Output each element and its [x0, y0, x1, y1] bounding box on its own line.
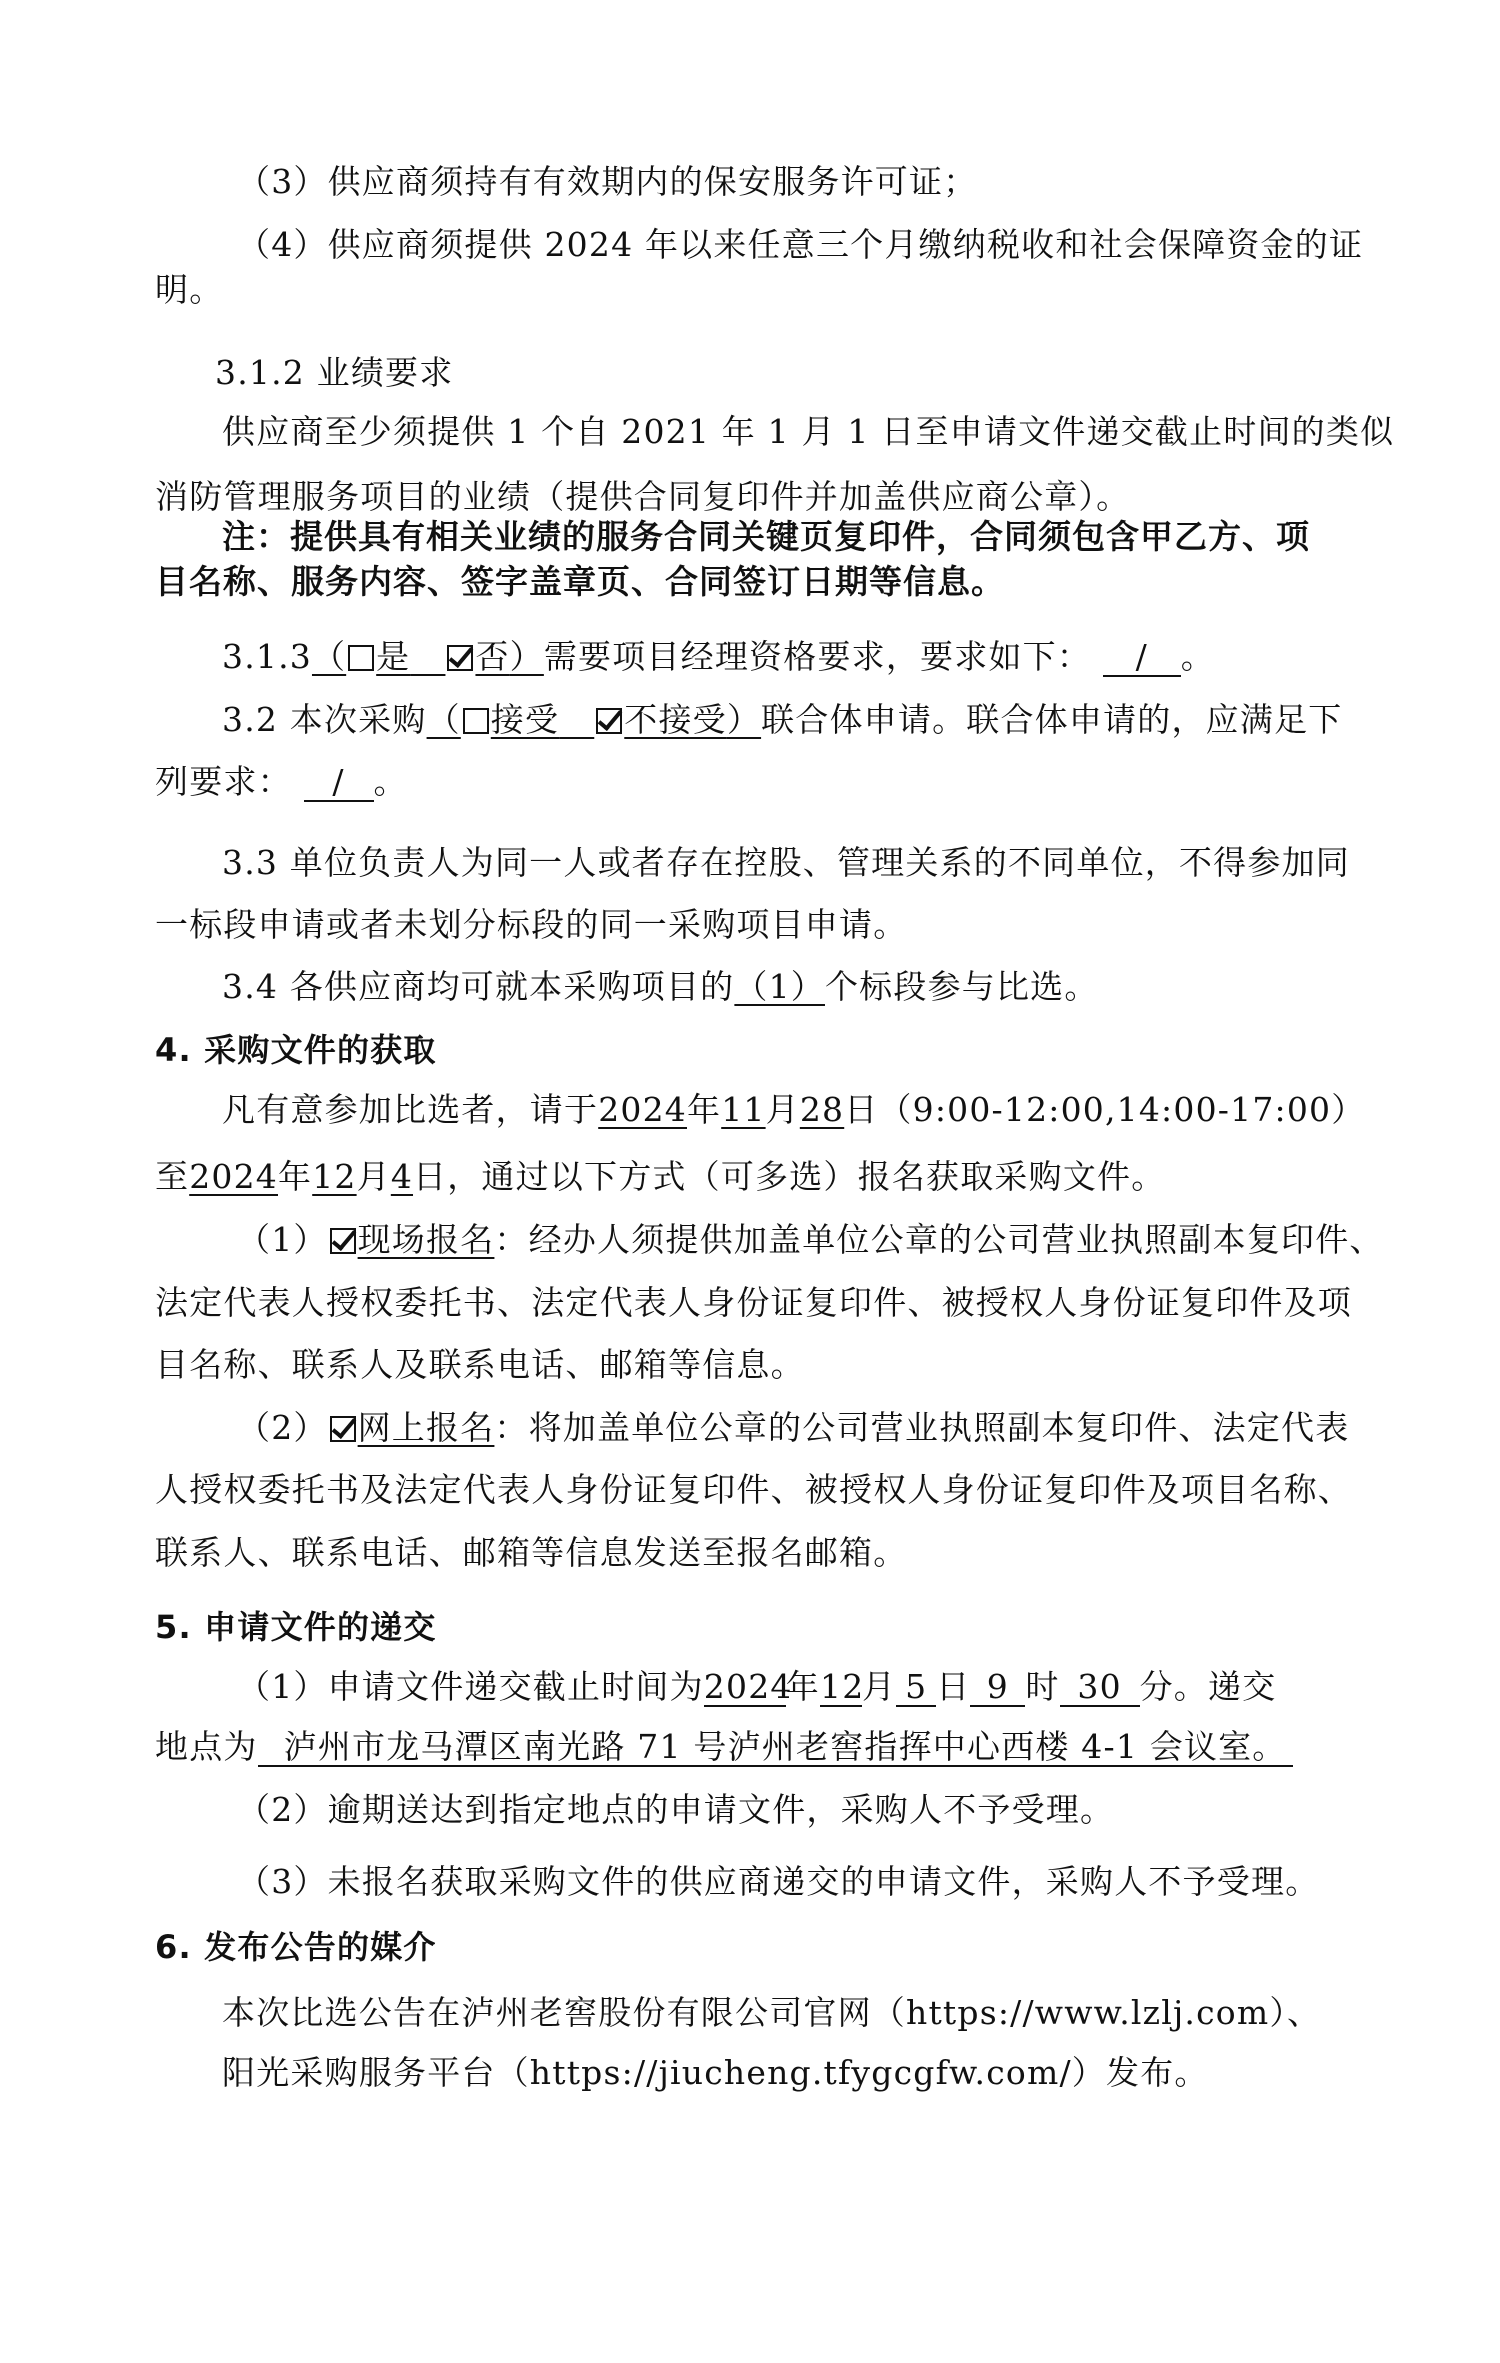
project-manager-options: （是 否）: [312, 637, 544, 676]
year-label: 年: [786, 1667, 820, 1706]
requirement-label: 列要求：: [155, 762, 292, 801]
open-paren: （: [427, 700, 461, 739]
requirement-blank: /: [1103, 639, 1181, 677]
online-registration-option[interactable]: 网上报名: [328, 1408, 495, 1447]
start-day: 28: [800, 1090, 844, 1129]
checkbox-online-checked[interactable]: [330, 1416, 356, 1442]
checkbox-reject-checked[interactable]: [596, 708, 622, 734]
option-number: （2）: [237, 1408, 328, 1447]
deadline-prefix: （1）申请文件递交截止时间为: [237, 1667, 704, 1706]
office-hours: （9:00-12:00,14:00-17:00）: [878, 1090, 1365, 1129]
section-3-1-3: 3.1.3（是 否）需要项目经理资格要求，要求如下： /。: [222, 637, 1417, 677]
intro-prefix: 凡有意参加比选者，请于: [222, 1090, 598, 1129]
onsite-registration-option[interactable]: 现场报名: [328, 1220, 495, 1259]
qualification-item-3: （3）供应商须持有有效期内的保安服务许可证；: [237, 162, 1432, 202]
lot-count: （1）: [734, 967, 825, 1006]
intro-suffix: ，通过以下方式（可多选）报名获取采购文件。: [447, 1157, 1165, 1196]
open-paren: （: [312, 637, 346, 676]
checkbox-yes[interactable]: [348, 645, 374, 671]
location-line: 地点为泸州市龙马潭区南光路 71 号泸州老窖指挥中心西楼 4-1 会议室。: [155, 1727, 1350, 1767]
end-day: 4: [391, 1157, 413, 1196]
deadline-month: 12: [820, 1669, 862, 1707]
section-3-1-3-text: 需要项目经理资格要求，要求如下：: [544, 637, 1091, 676]
year-label: 年: [687, 1090, 721, 1129]
online-registration-line2: 人授权委托书及法定代表人身份证复印件、被授权人身份证复印件及项目名称、: [155, 1470, 1350, 1510]
deadline-line: （1）申请文件递交截止时间为2024年12月5日9时30分。递交: [237, 1667, 1432, 1707]
qualification-item-4-line1: （4）供应商须提供 2024 年以来任意三个月缴纳税收和社会保障资金的证: [237, 225, 1432, 265]
deadline-minute: 30: [1060, 1669, 1140, 1707]
option-yes-label: 是: [376, 637, 410, 676]
section-3-2-prefix: 3.2 本次采购: [222, 700, 427, 739]
online-registration-label: 网上报名: [358, 1408, 495, 1447]
end-year: 2024: [189, 1157, 278, 1196]
onsite-text: 经办人须提供加盖单位公章的公司营业执照副本复印件、: [529, 1220, 1384, 1259]
end-month: 12: [312, 1157, 356, 1196]
day-label: 日: [413, 1157, 447, 1196]
consortium-options: （接受 不接受）: [427, 700, 762, 739]
option-accept-label: 接受: [491, 700, 559, 739]
section-3-4-prefix: 3.4 各供应商均可就本采购项目的: [222, 967, 734, 1006]
performance-note-line1: 注：提供具有相关业绩的服务合同关键页复印件，合同须包含甲乙方、项: [222, 517, 1417, 557]
period: 。: [1181, 637, 1215, 676]
colon: ：: [494, 1220, 528, 1259]
onsite-registration-line1: （1）现场报名：经办人须提供加盖单位公章的公司营业执照副本复印件、: [237, 1220, 1432, 1260]
start-month: 11: [721, 1090, 765, 1129]
checkbox-accept[interactable]: [463, 708, 489, 734]
month-label: 月: [766, 1090, 800, 1129]
onsite-registration-line2: 法定代表人授权委托书、法定代表人身份证复印件、被授权人身份证复印件及项: [155, 1283, 1350, 1323]
close-paren: ）: [510, 637, 544, 676]
start-year: 2024: [598, 1090, 687, 1129]
section-3-1-3-prefix: 3.1.3: [222, 637, 312, 676]
deadline-hour: 9: [970, 1669, 1025, 1707]
online-text: 将加盖单位公章的公司营业执照副本复印件、法定代表: [529, 1408, 1350, 1447]
section-4-intro-line1: 凡有意参加比选者，请于2024年11月28日（9:00-12:00,14:00-…: [222, 1090, 1417, 1130]
section-3-2-line2: 列要求： /。: [155, 762, 1350, 802]
hour-label: 时: [1025, 1667, 1059, 1706]
checkbox-no-checked[interactable]: [447, 645, 473, 671]
onsite-registration-line3: 目名称、联系人及联系电话、邮箱等信息。: [155, 1345, 1350, 1385]
section-4-intro-line2: 至2024年12月4日，通过以下方式（可多选）报名获取采购文件。: [155, 1157, 1350, 1197]
section-3-1-2-heading: 3.1.2 业绩要求: [215, 353, 1410, 393]
option-no-label: 否: [475, 637, 509, 676]
location-prefix: 地点为: [155, 1727, 258, 1766]
checkbox-onsite-checked[interactable]: [330, 1228, 356, 1254]
consortium-requirement-blank: /: [304, 764, 374, 802]
option-number: （1）: [237, 1220, 328, 1259]
section-3-3-line1: 3.3 单位负责人为同一人或者存在控股、管理关系的不同单位，不得参加同: [222, 843, 1417, 883]
period: 。: [374, 762, 408, 801]
section-3-4: 3.4 各供应商均可就本采购项目的（1）个标段参与比选。: [222, 967, 1417, 1007]
online-registration-line1: （2）网上报名：将加盖单位公章的公司营业执照副本复印件、法定代表: [237, 1408, 1432, 1448]
section-5-heading: 5. 申请文件的递交: [155, 1607, 1350, 1647]
late-submission-rule: （2）逾期送达到指定地点的申请文件，采购人不予受理。: [237, 1790, 1432, 1830]
minute-label: 分。递交: [1140, 1667, 1277, 1706]
deadline-day: 5: [896, 1669, 936, 1707]
day-label: 日: [844, 1090, 878, 1129]
onsite-registration-label: 现场报名: [358, 1220, 495, 1259]
colon: ：: [494, 1408, 528, 1447]
publication-media-line2: 阳光采购服务平台（https://jiucheng.tfygcgfw.com/）…: [222, 2053, 1417, 2093]
publication-media-line1: 本次比选公告在泸州老窖股份有限公司官网（https://www.lzlj.com…: [222, 1993, 1417, 2033]
unregistered-submission-rule: （3）未报名获取采购文件的供应商递交的申请文件，采购人不予受理。: [237, 1862, 1432, 1902]
section-3-2-text: 联合体申请。联合体申请的，应满足下: [761, 700, 1342, 739]
month-label: 月: [357, 1157, 391, 1196]
document-page: （3）供应商须持有有效期内的保安服务许可证； （4）供应商须提供 2024 年以…: [0, 0, 1500, 2363]
year-label: 年: [278, 1157, 312, 1196]
section-6-heading: 6. 发布公告的媒介: [155, 1927, 1350, 1967]
deadline-year: 2024: [704, 1669, 786, 1707]
day-label: 日: [936, 1667, 970, 1706]
section-3-2-line1: 3.2 本次采购（接受 不接受）联合体申请。联合体申请的，应满足下: [222, 700, 1417, 740]
online-registration-line3: 联系人、联系电话、邮箱等信息发送至报名邮箱。: [155, 1533, 1350, 1573]
section-3-3-line2: 一标段申请或者未划分标段的同一采购项目申请。: [155, 905, 1350, 945]
close-paren: ）: [727, 700, 761, 739]
performance-note-line2: 目名称、服务内容、签字盖章页、合同签订日期等信息。: [155, 562, 1350, 602]
submission-location: 泸州市龙马潭区南光路 71 号泸州老窖指挥中心西楼 4-1 会议室。: [258, 1729, 1293, 1767]
qualification-item-4-line2: 明。: [155, 270, 1350, 310]
to-label: 至: [155, 1157, 189, 1196]
performance-text-line2: 消防管理服务项目的业绩（提供合同复印件并加盖供应商公章）。: [155, 477, 1350, 517]
section-3-4-suffix: 个标段参与比选。: [825, 967, 1099, 1006]
option-reject-label: 不接受: [624, 700, 727, 739]
performance-text-line1: 供应商至少须提供 1 个自 2021 年 1 月 1 日至申请文件递交截止时间的…: [222, 412, 1417, 452]
section-4-heading: 4. 采购文件的获取: [155, 1030, 1350, 1070]
month-label: 月: [862, 1667, 896, 1706]
